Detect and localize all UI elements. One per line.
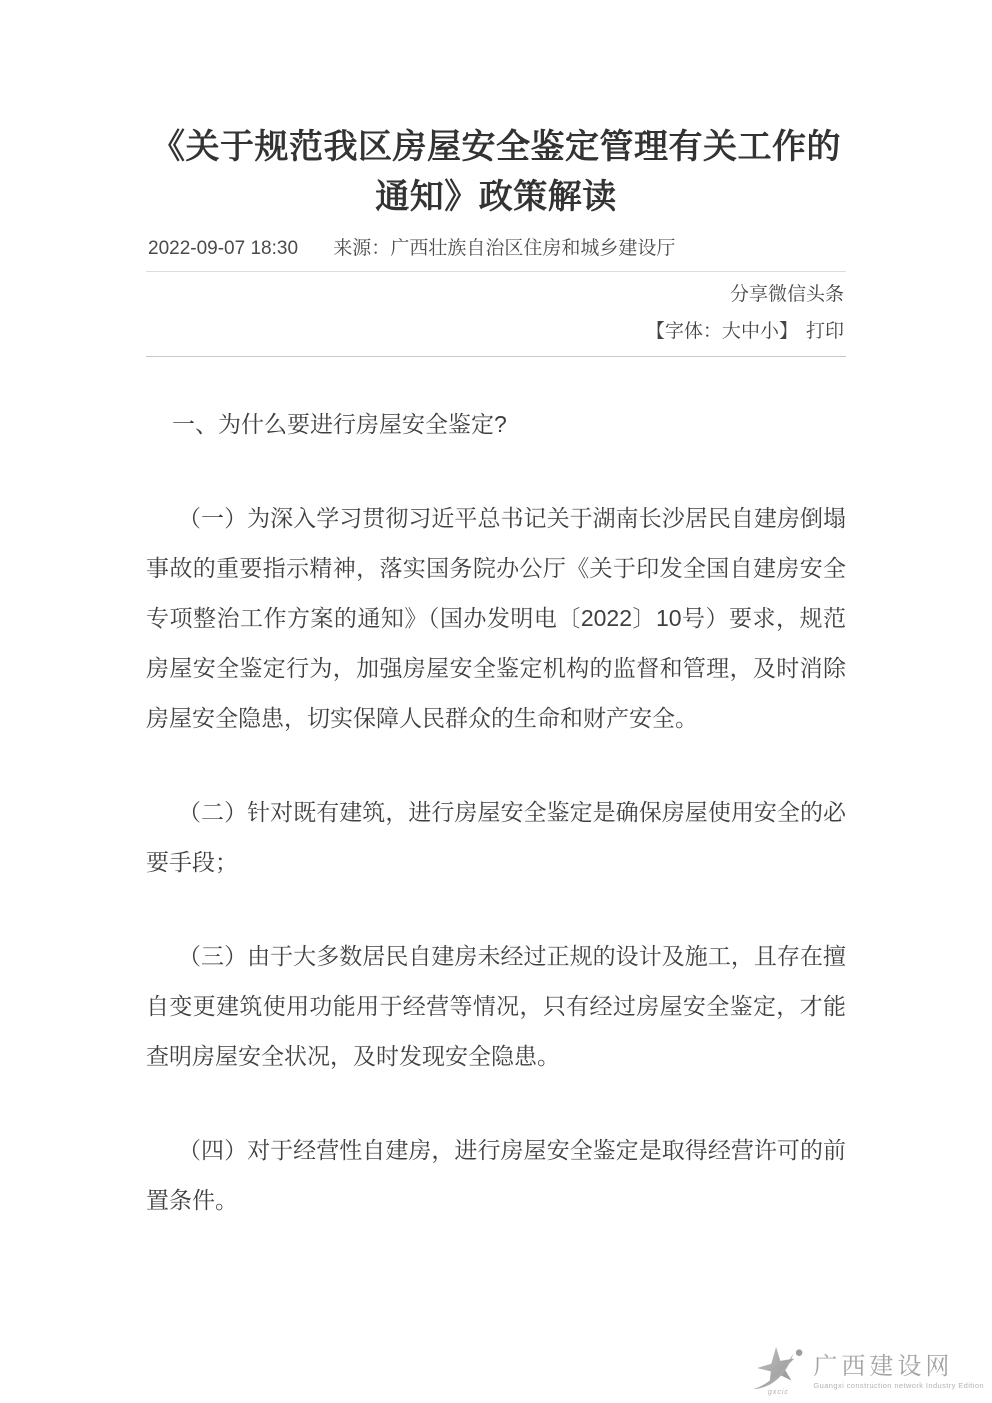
article-body: 一、为什么要进行房屋安全鉴定? （一）为深入学习贯彻习近平总书记关于湖南长沙居民… [146,399,846,1225]
font-size-large-button[interactable]: 大 [722,321,741,342]
watermark-text-block: 广西建设网 Guangxi construction network Indus… [813,1345,984,1391]
page-title: 《关于规范我区房屋安全鉴定管理有关工作的通知》政策解读 [146,122,846,222]
font-size-row: 【字体：大中小】打印 [146,313,846,356]
article-page: 《关于规范我区房屋安全鉴定管理有关工作的通知》政策解读 2022-09-07 1… [146,0,846,1225]
publish-timestamp: 2022-09-07 18:30 [148,238,298,259]
font-size-small-button[interactable]: 小 [760,321,779,342]
share-wechat-link[interactable]: 微信 [768,284,806,305]
print-button[interactable]: 打印 [806,321,844,342]
article-toolbar: 分享微信头条 【字体：大中小】打印 [146,272,846,356]
section-heading: 一、为什么要进行房屋安全鉴定? [146,399,846,449]
toolbar-divider [146,356,846,357]
paragraph-4: （四）对于经营性自建房，进行房屋安全鉴定是取得经营许可的前置条件。 [146,1125,846,1225]
font-size-label-suffix: 】 [779,321,798,342]
watermark-star-block: gxcic [749,1345,807,1397]
source-label: 来源： [333,238,390,259]
source-name: 广西壮族自治区住房和城乡建设厅 [390,238,675,259]
share-toutiao-link[interactable]: 头条 [806,284,844,305]
paragraph-2: （二）针对既有建筑，进行房屋安全鉴定是确保房屋使用安全的必要手段； [146,787,846,887]
share-row: 分享微信头条 [146,272,846,313]
font-size-label-prefix: 【字体： [646,321,722,342]
site-watermark: gxcic 广西建设网 Guangxi construction network… [749,1345,984,1397]
article-meta: 2022-09-07 18:30 来源：广西壮族自治区住房和城乡建设厅 [146,234,846,271]
paragraph-1: （一）为深入学习贯彻习近平总书记关于湖南长沙居民自建房倒塌事故的重要指示精神，落… [146,493,846,743]
font-size-medium-button[interactable]: 中 [741,321,760,342]
paragraph-3: （三）由于大多数居民自建房未经过正规的设计及施工，且存在擅自变更建筑使用功能用于… [146,931,846,1081]
watermark-site-name: 广西建设网 [813,1353,984,1381]
watermark-site-subtitle: Guangxi construction network Industry Ed… [813,1381,984,1391]
share-label: 分享 [730,284,768,305]
